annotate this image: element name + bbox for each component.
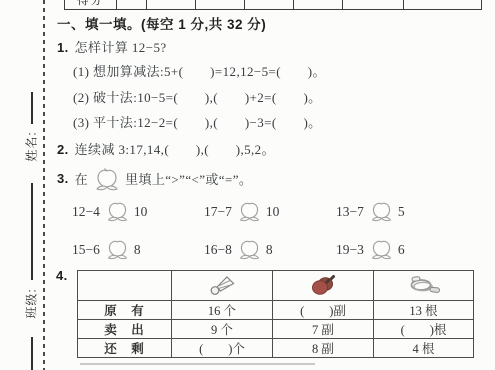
comparison-item: 16−8 8 — [204, 237, 336, 262]
peach-icon — [93, 166, 121, 193]
score-label-cell: 得分 — [64, 0, 117, 10]
table-cell: 4 根 — [374, 339, 474, 358]
comparison-value: 10 — [266, 204, 280, 220]
comparison-value: 6 — [398, 242, 405, 258]
table-row: 原 有 16 个 ( )副 13 根 — [78, 301, 474, 320]
shuttlecock-icon — [172, 271, 273, 301]
margin-rule-segment — [31, 183, 33, 280]
question-1-sub-2: (2) 破十法:10−5=( ),( )+2=( )。 — [73, 87, 322, 106]
table-header-row — [78, 271, 474, 301]
score-empty-cell — [293, 0, 343, 10]
row-label: 卖 出 — [78, 320, 172, 339]
comparison-value: 5 — [398, 204, 405, 220]
score-empty-cell — [116, 0, 147, 10]
comparison-item: 13−7 5 — [336, 199, 468, 224]
question-1-sub-1: (1) 想加算减法:5+( )=12,12−5=( )。 — [73, 61, 326, 80]
question-3-post-text: 里填上“>”“<”或“=”。 — [125, 169, 252, 188]
comparison-value: 10 — [134, 204, 148, 220]
comparison-expression: 16−8 — [204, 242, 232, 258]
peach-icon — [237, 199, 262, 224]
question-1-number: 1. — [57, 40, 69, 55]
question-1: 1.怎样计算 12−5? — [57, 37, 167, 56]
next-section-edge — [80, 363, 315, 365]
comparison-item: 15−6 8 — [72, 237, 204, 262]
table-cell: 7 副 — [273, 320, 374, 339]
comparison-expression: 15−6 — [72, 242, 100, 258]
comparison-row-1: 12−4 10 17−7 10 13−7 5 — [72, 199, 468, 224]
table-cell: ( )个 — [172, 339, 273, 358]
table-corner-cell — [78, 271, 172, 301]
score-empty-cell — [244, 0, 294, 10]
row-label: 原 有 — [78, 301, 172, 320]
comparison-expression: 12−4 — [72, 204, 100, 220]
question-3: 3. 在 里填上“>”“<”或“=”。 — [57, 163, 252, 193]
score-empty-cell — [195, 0, 245, 10]
peach-icon — [105, 199, 130, 224]
comparison-expression: 13−7 — [336, 204, 364, 220]
section-header: 一、填一填。(每空 1 分,共 32 分) — [57, 13, 266, 33]
peach-icon — [105, 237, 130, 262]
question-2-number: 2. — [57, 142, 69, 157]
question-2: 2.连续减 3:17,14,( ),( ),5,2。 — [57, 139, 275, 158]
table-row: 卖 出 9 个 7 副 ( )根 — [78, 320, 474, 339]
comparison-item: 17−7 10 — [204, 199, 336, 224]
comparison-value: 8 — [134, 242, 141, 258]
margin-rule-segment — [31, 337, 33, 370]
class-field-label: 班级: — [11, 283, 51, 323]
margin-rule-segment — [31, 92, 33, 124]
question-2-text: 连续减 3:17,14,( ),( ),5,2。 — [75, 142, 275, 157]
score-empty-cell — [146, 0, 196, 10]
table-cell: 13 根 — [374, 301, 474, 320]
table-tennis-paddles-icon — [273, 271, 374, 301]
question-4-table: 原 有 16 个 ( )副 13 根 卖 出 9 个 7 副 ( )根 还 剩 … — [77, 270, 474, 358]
score-table: 得分 — [64, 0, 482, 10]
worksheet-page: 得分 姓名: 班级: 一、填一填。(每空 1 分,共 32 分) 1.怎样计算 … — [0, 0, 495, 370]
question-3-pre-text: 在 — [75, 169, 88, 188]
jump-rope-icon — [374, 271, 474, 301]
comparison-value: 8 — [266, 242, 273, 258]
peach-icon — [369, 199, 394, 224]
question-1-sub-3: (3) 平十法:12−2=( ),( )−3=( )。 — [73, 112, 322, 131]
score-label: 得分 — [77, 0, 104, 8]
peach-icon — [369, 237, 394, 262]
comparison-row-2: 15−6 8 16−8 8 19−3 6 — [72, 237, 468, 262]
table-cell: 8 副 — [273, 339, 374, 358]
peach-icon — [237, 237, 262, 262]
question-4-number: 4. — [56, 268, 74, 284]
score-empty-cell — [342, 0, 404, 10]
comparison-expression: 17−7 — [204, 204, 232, 220]
comparison-expression: 19−3 — [336, 242, 364, 258]
table-cell: ( )副 — [273, 301, 374, 320]
table-cell: 16 个 — [172, 301, 273, 320]
table-cell: 9 个 — [172, 320, 273, 339]
question-1-text: 怎样计算 12−5? — [75, 40, 167, 55]
table-cell: ( )根 — [374, 320, 474, 339]
question-3-number: 3. — [57, 171, 69, 186]
row-label: 还 剩 — [78, 339, 172, 358]
comparison-item: 19−3 6 — [336, 237, 468, 262]
comparison-item: 12−4 10 — [72, 199, 204, 224]
table-row: 还 剩 ( )个 8 副 4 根 — [78, 339, 474, 358]
name-field-label: 姓名: — [11, 126, 51, 166]
score-empty-cell — [403, 0, 482, 10]
